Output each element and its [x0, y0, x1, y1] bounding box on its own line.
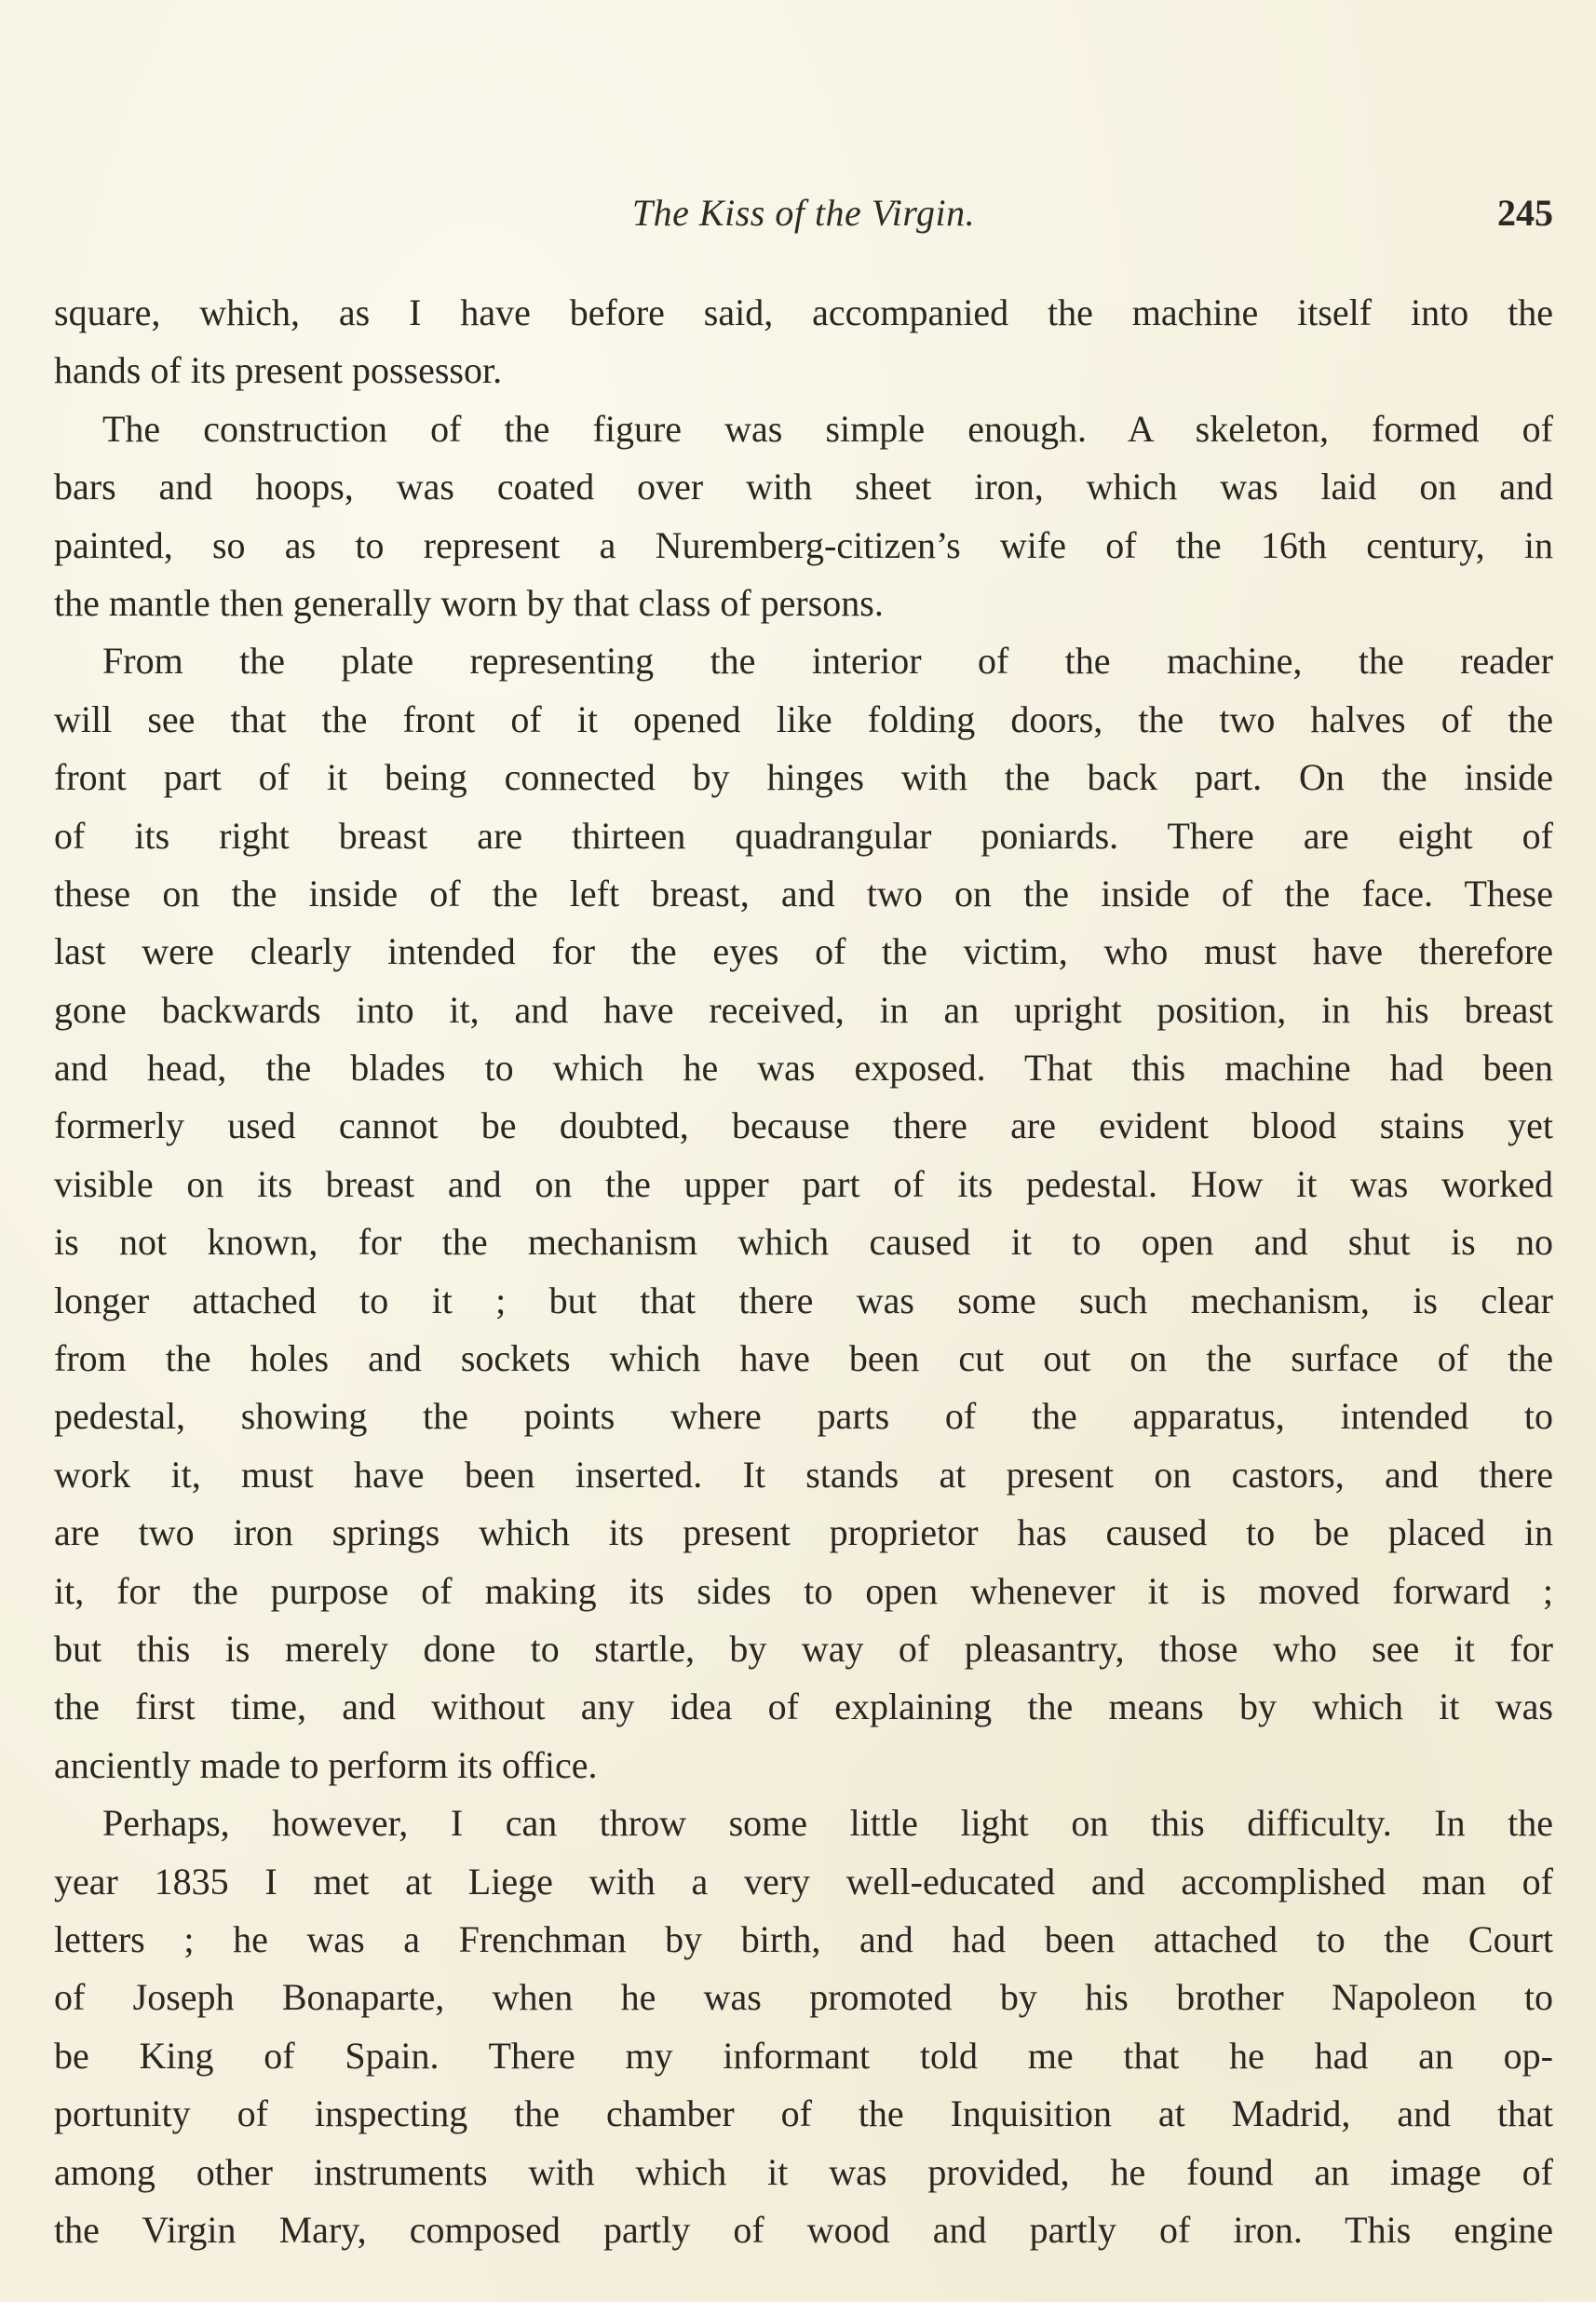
text-line: square, which, as I have before said, ac…	[54, 284, 1553, 342]
text-line: hands of its present possessor.	[54, 342, 1553, 399]
text-line: the first time, and without any idea of …	[54, 1678, 1553, 1736]
text-line: but this is merely done to startle, by w…	[54, 1620, 1553, 1678]
running-head: The Kiss of the Virgin. 245	[54, 191, 1553, 243]
text-line: of its right breast are thirteen quadran…	[54, 807, 1553, 865]
text-line: year 1835 I met at Liege with a very wel…	[54, 1853, 1553, 1911]
text-line: longer attached to it ; but that there w…	[54, 1272, 1553, 1330]
text-line: these on the inside of the left breast, …	[54, 865, 1553, 923]
text-line: among other instruments with which it wa…	[54, 2144, 1553, 2201]
text-line: visible on its breast and on the upper p…	[54, 1156, 1553, 1213]
paragraph-start-line: From the plate representing the interior…	[54, 632, 1553, 690]
text-line: formerly used cannot be doubted, because…	[54, 1097, 1553, 1155]
text-line: portunity of inspecting the chamber of t…	[54, 2085, 1553, 2143]
text-line: letters ; he was a Frenchman by birth, a…	[54, 1911, 1553, 1969]
paragraph-start-line: The construction of the figure was simpl…	[54, 400, 1553, 458]
text-line: from the holes and sockets which have be…	[54, 1330, 1553, 1388]
body-text: square, which, as I have before said, ac…	[54, 284, 1553, 2259]
text-line: front part of it being connected by hing…	[54, 749, 1553, 806]
text-line: it, for the purpose of making its sides …	[54, 1563, 1553, 1620]
text-line: bars and hoops, was coated over with she…	[54, 458, 1553, 516]
paragraph-start-line: Perhaps, however, I can throw some littl…	[54, 1794, 1553, 1852]
text-line: painted, so as to represent a Nuremberg-…	[54, 517, 1553, 575]
running-title: The Kiss of the Virgin.	[54, 191, 1553, 235]
page-number: 245	[1497, 191, 1553, 235]
text-line: pedestal, showing the points where parts…	[54, 1388, 1553, 1445]
text-line: the mantle then generally worn by that c…	[54, 575, 1553, 632]
text-line: and head, the blades to which he was exp…	[54, 1039, 1553, 1097]
text-line: anciently made to perform its office.	[54, 1737, 1553, 1794]
text-line: work it, must have been inserted. It sta…	[54, 1446, 1553, 1504]
text-line: is not known, for the mechanism which ca…	[54, 1213, 1553, 1271]
text-line: of Joseph Bonaparte, when he was promote…	[54, 1969, 1553, 2026]
text-line: are two iron springs which its present p…	[54, 1504, 1553, 1562]
text-line: will see that the front of it opened lik…	[54, 691, 1553, 749]
text-line: be King of Spain. There my informant tol…	[54, 2027, 1553, 2085]
text-line: the Virgin Mary, composed partly of wood…	[54, 2201, 1553, 2259]
text-line: last were clearly intended for the eyes …	[54, 923, 1553, 981]
text-line: gone backwards into it, and have receive…	[54, 982, 1553, 1039]
book-page: The Kiss of the Virgin. 245 square, whic…	[0, 0, 1596, 2302]
